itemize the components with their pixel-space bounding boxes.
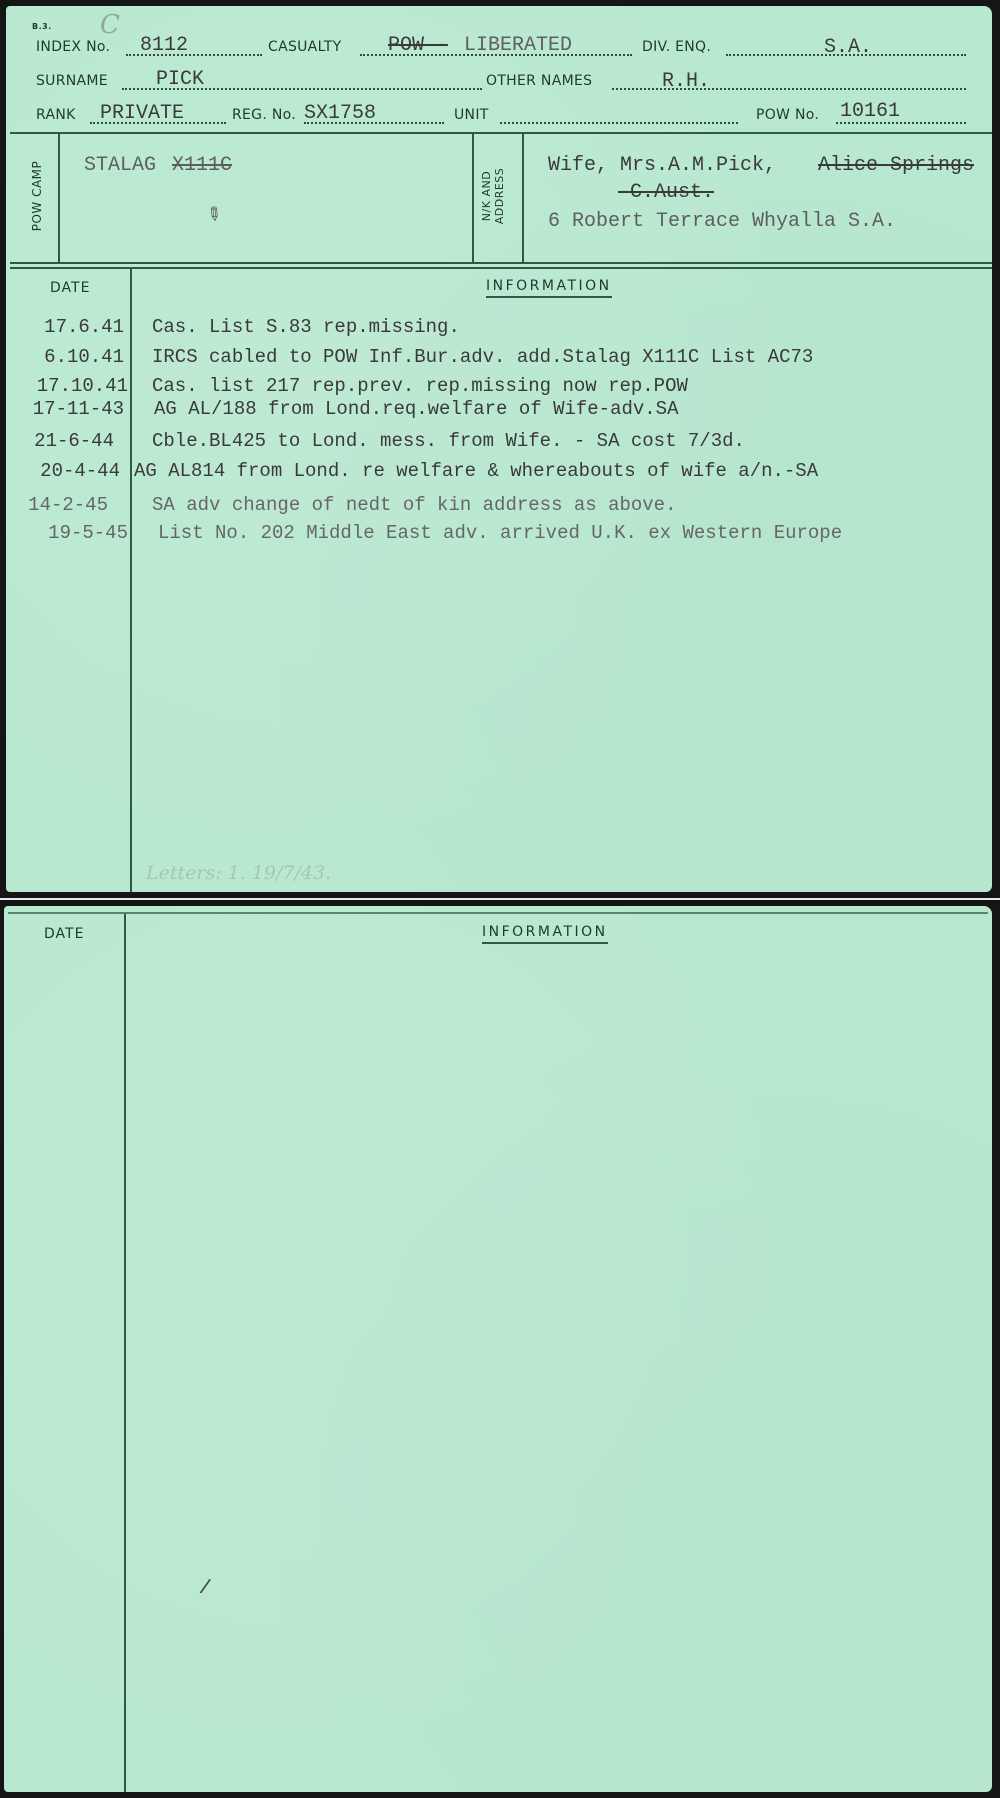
back-date-column-divider — [124, 914, 126, 1792]
section-rule-1 — [10, 262, 992, 264]
index-no-label: INDEX No. — [36, 39, 110, 55]
entry-date: 21-6-44 — [0, 430, 114, 452]
rank-label: RANK — [36, 107, 76, 123]
back-information-header: INFORMATION — [482, 924, 608, 944]
index-no-value: 8112 — [140, 34, 188, 57]
ink-mark: / — [198, 1574, 213, 1601]
rank-value: PRIVATE — [100, 102, 184, 125]
entry-info: Cble.BL425 to Lond. mess. from Wife. - S… — [152, 430, 745, 452]
unit-label: UNIT — [454, 107, 489, 123]
other-names-label: OTHER NAMES — [486, 73, 592, 89]
pow-camp-struck-value: X111C — [172, 154, 232, 177]
reg-no-label: REG. No. — [232, 107, 296, 123]
nk-address-label-line1: N/K AND — [480, 171, 493, 221]
date-header: DATE — [50, 280, 90, 296]
nk-line2-struck: -C.Aust. — [618, 181, 714, 204]
card-separator — [0, 898, 1000, 900]
nk-line1: Wife, Mrs.A.M.Pick, — [548, 154, 776, 177]
pow-no-value: 10161 — [840, 100, 900, 123]
pow-camp-label: POW CAMP — [30, 148, 44, 244]
surname-label: SURNAME — [36, 73, 108, 89]
casualty-struck-value: POW - — [388, 34, 448, 57]
date-column-divider — [130, 269, 132, 892]
back-top-rule — [8, 912, 988, 914]
entry-info: IRCS cabled to POW Inf.Bur.adv. add.Stal… — [152, 346, 813, 368]
entry-date: 14-2-45 — [0, 494, 108, 516]
nk-right-divider — [522, 134, 524, 262]
card-back: DATE INFORMATION / — [4, 906, 992, 1792]
entry-date: 19-5-45 — [10, 522, 128, 544]
entry-info: List No. 202 Middle East adv. arrived U.… — [158, 522, 842, 544]
other-names-value: R.H. — [662, 70, 710, 93]
margin-mark: C — [100, 10, 120, 40]
nk-address-label-line2: ADDRESS — [493, 168, 506, 225]
nk-address-label: N/K AND ADDRESS — [480, 154, 506, 238]
information-header: INFORMATION — [486, 278, 612, 298]
entry-date: 17.10.41 — [10, 375, 128, 397]
reg-no-value: SX1758 — [304, 102, 376, 125]
pencil-note: Letters: 1. 19/7/43. — [146, 862, 331, 884]
div-enq-label: DIV. ENQ. — [642, 39, 711, 55]
entry-date: 17-11-43 — [6, 398, 124, 420]
header-rule — [10, 132, 992, 134]
pow-camp-value: STALAG — [84, 154, 156, 177]
entry-info: SA adv change of nedt of kin address as … — [152, 494, 677, 516]
entry-info: Cas. list 217 rep.prev. rep.missing now … — [152, 375, 688, 397]
form-code: B.3. — [32, 22, 52, 31]
ink-blot: ✎ — [201, 202, 226, 228]
entry-date: 17.6.41 — [6, 316, 124, 338]
div-enq-value: S.A. — [824, 36, 872, 59]
section-rule-2 — [10, 267, 992, 269]
card-front: B.3. C INDEX No. 8112 CASUALTY POW - LIB… — [6, 6, 992, 892]
entry-date: 20-4-44 — [2, 460, 120, 482]
pow-camp-divider — [58, 134, 60, 262]
back-date-header: DATE — [44, 926, 84, 942]
surname-value: PICK — [156, 68, 204, 91]
nk-line1-struck: Alice Springs — [818, 154, 974, 177]
casualty-value: LIBERATED — [464, 34, 572, 57]
entry-info: AG AL/188 from Lond.req.welfare of Wife-… — [154, 398, 679, 420]
nk-line3: 6 Robert Terrace Whyalla S.A. — [548, 210, 896, 233]
entry-date: 6.10.41 — [6, 346, 124, 368]
pow-no-label: POW No. — [756, 107, 819, 123]
entry-info: AG AL814 from Lond. re welfare & whereab… — [134, 460, 818, 482]
nk-left-divider — [472, 134, 474, 262]
casualty-label: CASUALTY — [268, 39, 341, 55]
unit-dots — [500, 122, 738, 124]
entry-info: Cas. List S.83 rep.missing. — [152, 316, 460, 338]
